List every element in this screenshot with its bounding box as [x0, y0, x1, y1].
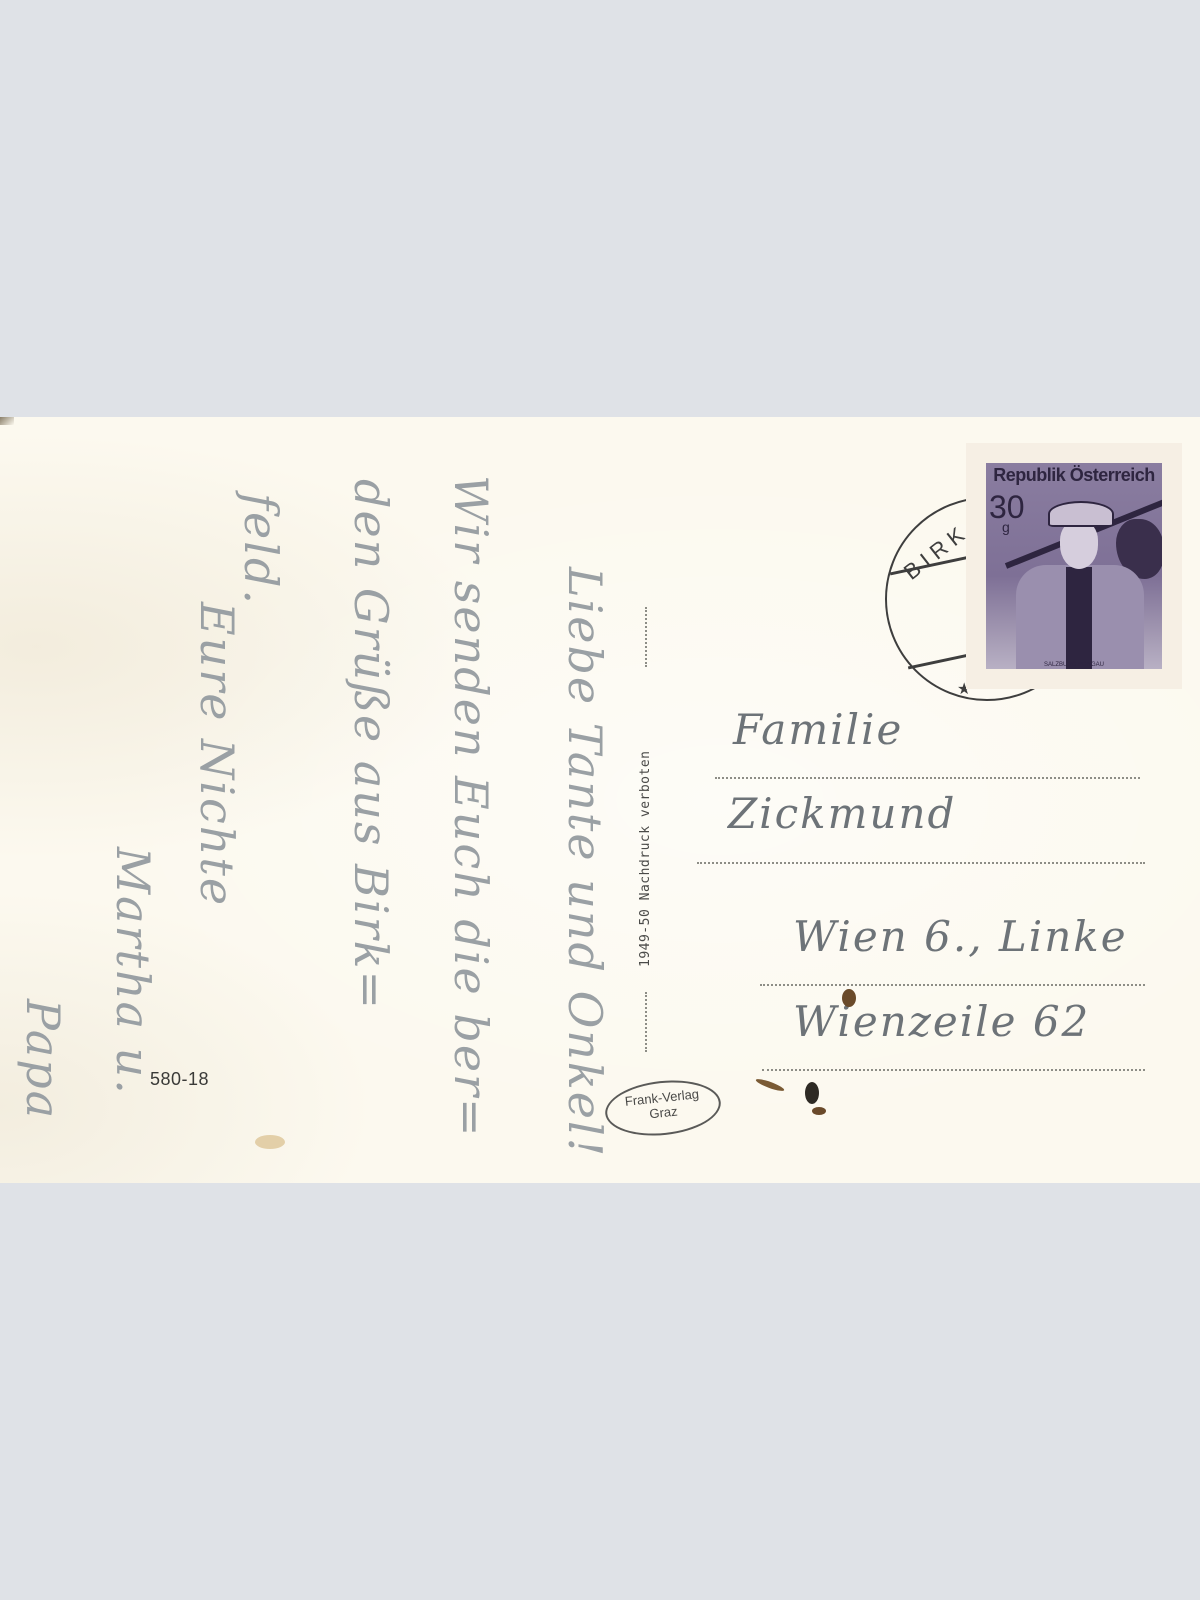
address-rule-2	[697, 862, 1145, 864]
message-line-3: den Grüße aus Birk=	[344, 479, 398, 1011]
stamp-country: Republik Österreich	[986, 465, 1162, 486]
corner-wear	[0, 417, 14, 425]
message-line-4: feld.	[234, 493, 288, 606]
stamp-image: Republik Österreich 30 g SALZBURG PONGAU	[986, 463, 1162, 669]
postmark-town: BIRK	[899, 519, 974, 586]
address-line-2: Zickmund	[728, 789, 956, 838]
message-line-1: Liebe Tante und Onkel!	[558, 567, 612, 1158]
address-line-3: Wien 6., Linke	[793, 912, 1128, 961]
stamp-figure-face	[1060, 521, 1098, 569]
address-line-4: Wienzeile 62	[793, 997, 1090, 1046]
address-rule-1	[715, 777, 1140, 779]
ink-stain	[812, 1107, 826, 1115]
ink-stain	[805, 1082, 819, 1104]
message-line-2: Wir senden Euch die ber=	[444, 475, 498, 1139]
stamp-unit: g	[1002, 519, 1010, 535]
stamp-caption: SALZBURG PONGAU	[986, 662, 1162, 668]
postcard-back: Liebe Tante und Onkel! Wir senden Euch d…	[0, 417, 1200, 1183]
ink-stain	[755, 1077, 785, 1093]
address-line-1: Familie	[733, 705, 903, 754]
postage-stamp: Republik Österreich 30 g SALZBURG PONGAU	[966, 443, 1182, 689]
divider-bottom	[645, 992, 647, 1052]
ink-stain	[842, 989, 856, 1007]
address-rule-4	[762, 1069, 1145, 1071]
message-line-6: Martha u.	[106, 847, 160, 1096]
address-rule-3	[760, 984, 1145, 986]
stamp-figure-vest	[1066, 567, 1092, 669]
paper-stain	[255, 1135, 285, 1149]
message-line-5: Eure Nichte	[190, 602, 244, 907]
stamp-figure-hat	[1048, 501, 1114, 527]
publisher-logo: Frank-Verlag Graz	[602, 1075, 723, 1141]
message-line-7: Papa	[16, 999, 70, 1120]
divider-top	[645, 607, 647, 667]
card-number: 580-18	[150, 1069, 209, 1090]
reprint-notice: 1949-50 Nachdruck verboten	[638, 751, 653, 968]
